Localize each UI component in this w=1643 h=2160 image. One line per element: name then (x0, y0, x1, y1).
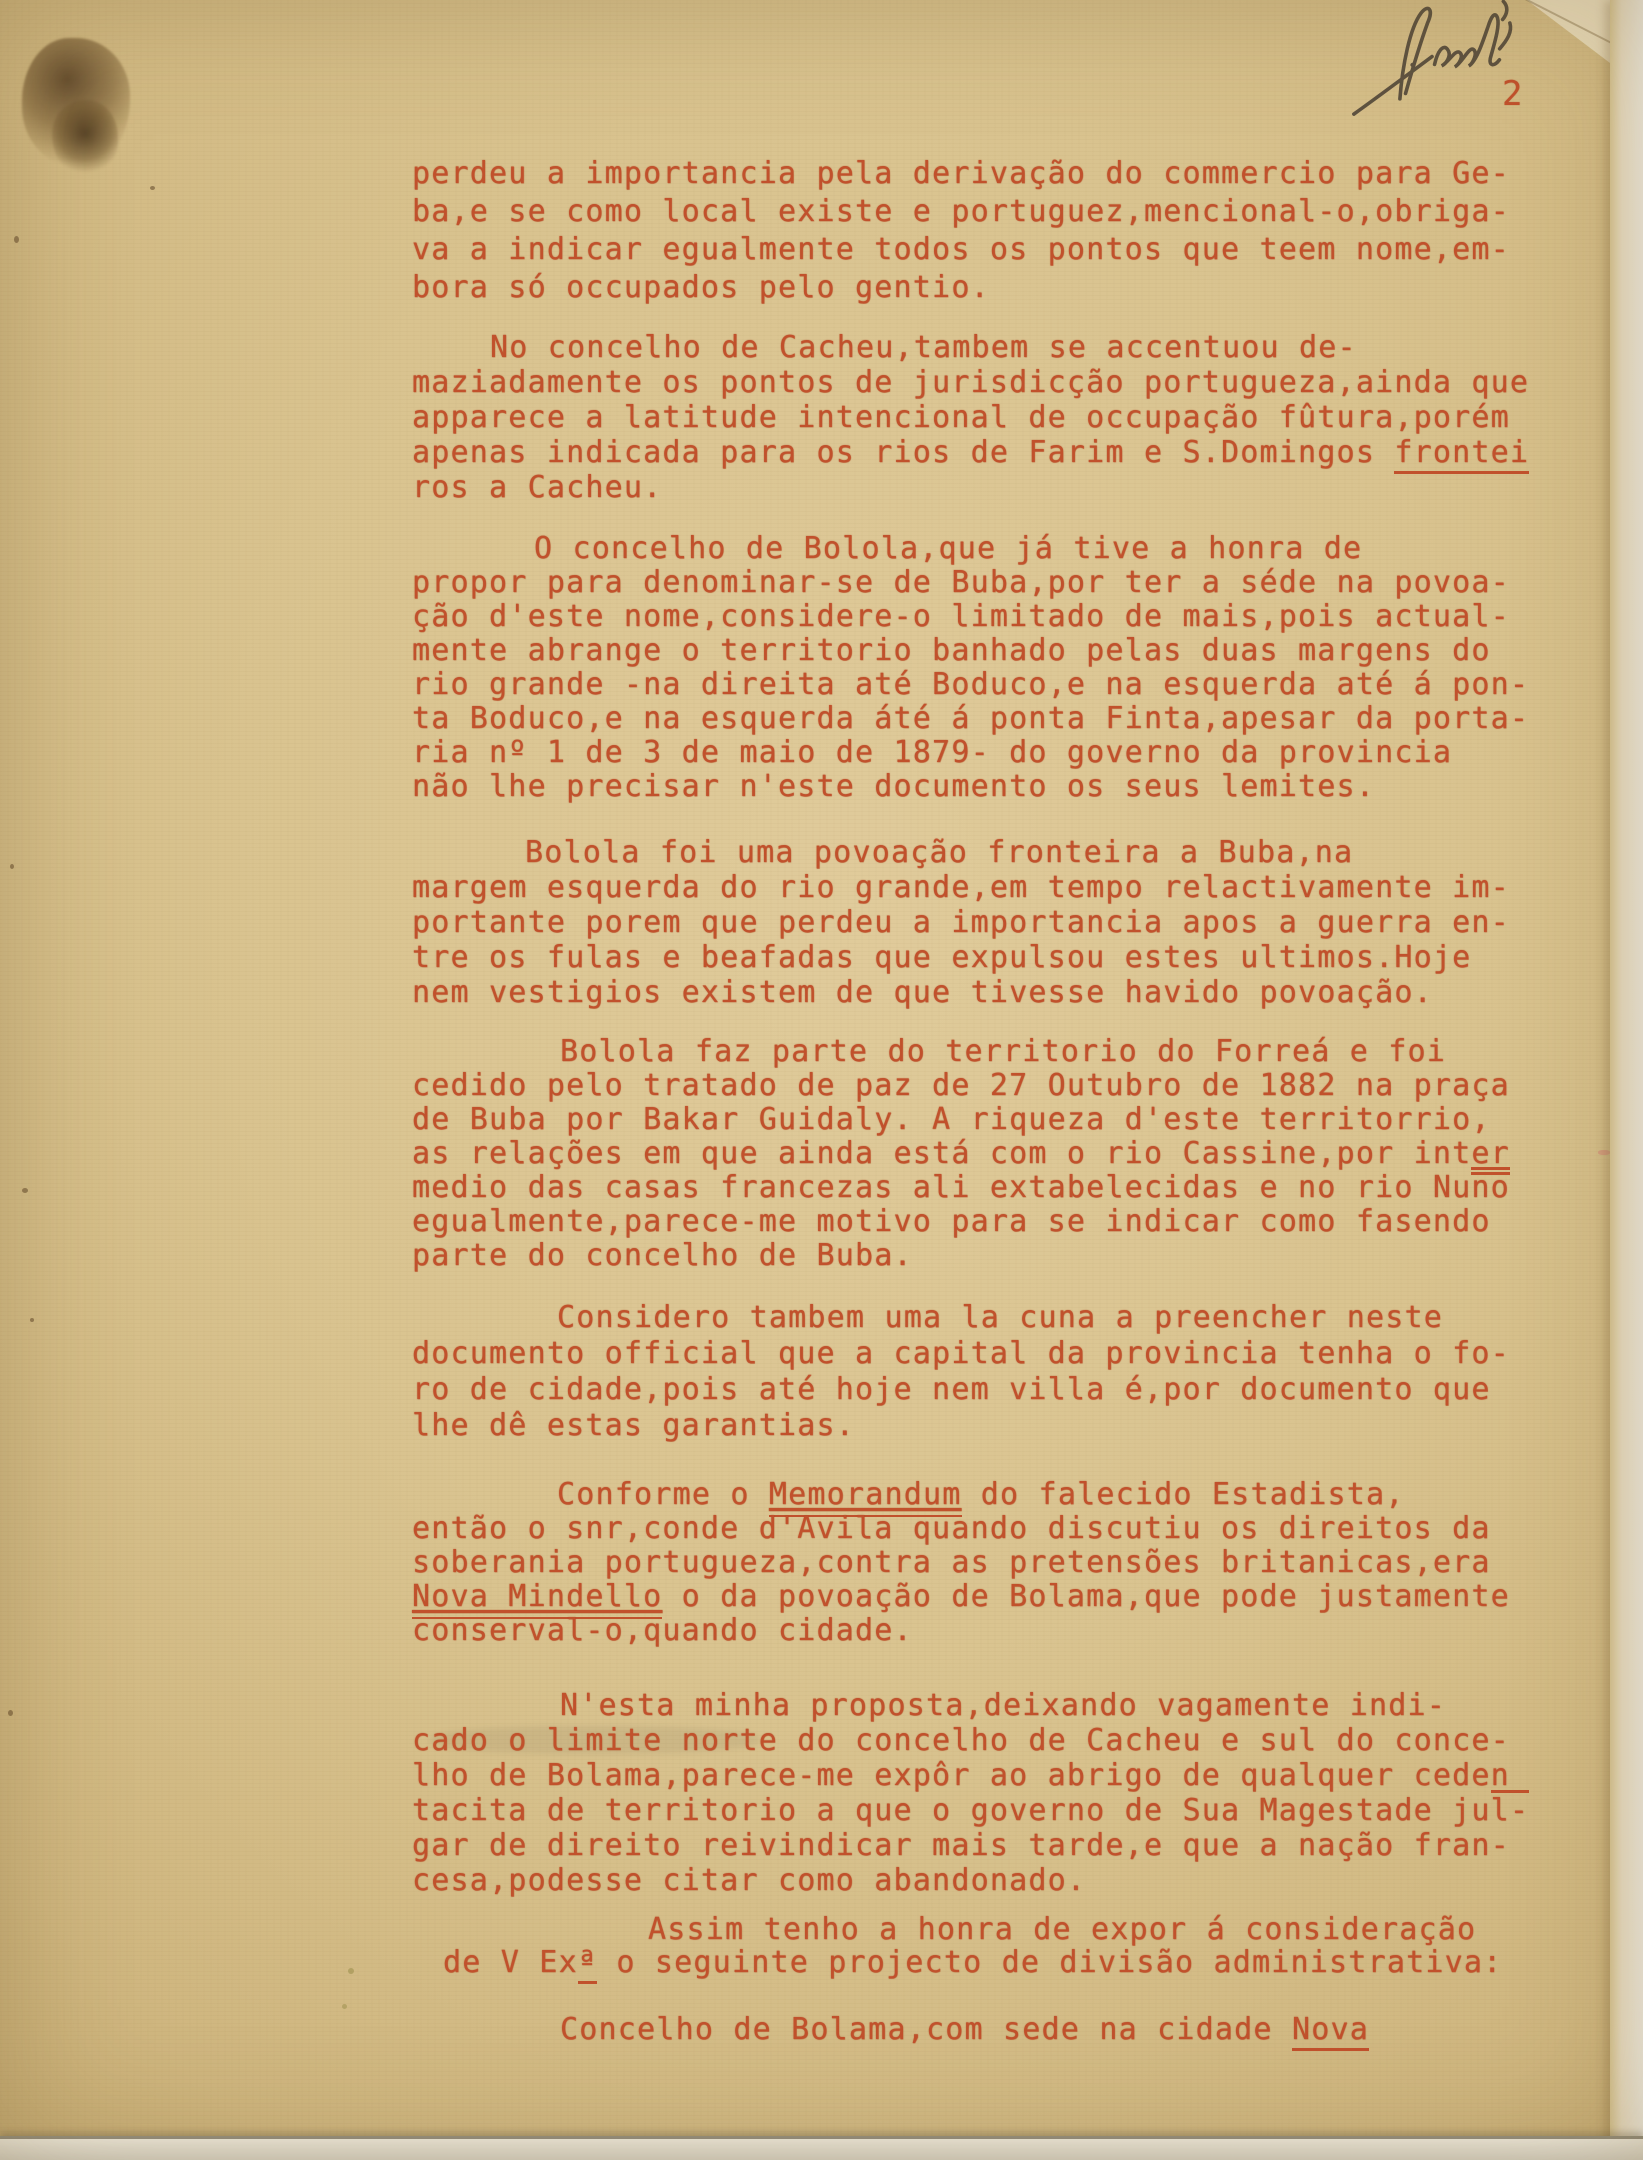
text-line: conserval-o,quando cidade. (412, 1614, 1510, 1648)
text-line: apparece a latitude intencional de occup… (412, 400, 1529, 435)
text-line: gar de direito reivindicar mais tarde,e … (412, 1828, 1529, 1863)
text-line: perdeu a importancia pela derivação do c… (412, 155, 1510, 193)
text-line: ta Boduco,e na esquerda áté á ponta Fint… (412, 702, 1529, 736)
text-line: apenas indicada para os rios de Farim e … (412, 435, 1529, 470)
paper-speck (10, 864, 14, 869)
text-line: maziadamente os pontos de jurisdicção po… (412, 365, 1529, 400)
page-right-edge (1610, 0, 1643, 2160)
text-line: soberania portugueza,contra as pretensõe… (412, 1546, 1510, 1580)
underlined-text: no (1471, 1167, 1510, 1205)
paper-speck (8, 1710, 13, 1716)
text-line: Bolola faz parte do territorio do Forreá… (412, 1035, 1510, 1069)
text-line: propor para denominar-se de Buba,por ter… (412, 566, 1529, 600)
underlined-text: l- (1491, 1790, 1530, 1828)
paragraph: Concelho de Bolama,com sede na cidade No… (412, 2012, 1369, 2048)
text-line: lho de Bolama,parece-me expôr ao abrigo … (412, 1758, 1529, 1793)
text-line: medio das casas francezas ali extabeleci… (412, 1171, 1510, 1205)
paragraph: O concelho de Bolola,que já tive a honra… (412, 532, 1529, 804)
text-line: mente abrange o territorio banhado pelas… (412, 634, 1529, 668)
edge-mark (1598, 1150, 1610, 1155)
page-bottom-edge (0, 2136, 1643, 2160)
text-line: tre os fulas e beafadas que expulsou est… (412, 940, 1510, 975)
underlined-text: frontei (1394, 435, 1529, 474)
paragraph: Assim tenho a honra de expor á considera… (443, 1913, 1502, 1979)
paper-speck (348, 1968, 354, 1974)
text-line: margem esquerda do rio grande,em tempo r… (412, 870, 1510, 905)
text-line: cado o limite norte do concelho de Cache… (412, 1723, 1529, 1758)
text-line: nem vestigios existem de que tivesse hav… (412, 975, 1510, 1010)
text-line: documento official que a capital da prov… (412, 1336, 1510, 1372)
ink-stain-dark-core (52, 100, 118, 174)
text-line: va a indicar egualmente todos os pontos … (412, 231, 1510, 269)
text-line: cedido pelo tratado de paz de 27 Outubro… (412, 1069, 1510, 1103)
text-line: Bolola foi uma povoação fronteira a Buba… (412, 835, 1510, 870)
text-line: ba,e se como local existe e portuguez,me… (412, 193, 1510, 231)
paragraph: Considero tambem uma la cuna a preencher… (412, 1300, 1510, 1444)
text-line: parte do concelho de Buba. (412, 1239, 1510, 1273)
paragraph: N'esta minha proposta,deixando vagamente… (412, 1688, 1529, 1898)
paragraph: Bolola foi uma povoação fronteira a Buba… (412, 835, 1510, 1010)
text-line: Considero tambem uma la cuna a preencher… (412, 1300, 1510, 1336)
underlined-text: Nova (1292, 2012, 1369, 2051)
paragraph: Bolola faz parte do territorio do Forreá… (412, 1035, 1510, 1273)
paper-speck (22, 1188, 28, 1193)
page-number: 2 (1502, 74, 1522, 114)
underlined-text: ª (578, 1945, 597, 1984)
text-line: N'esta minha proposta,deixando vagamente… (412, 1688, 1529, 1723)
paragraph: Conforme o Memorandum do falecido Estadi… (412, 1478, 1510, 1648)
text-line: portante porem que perdeu a importancia … (412, 905, 1510, 940)
text-line: Concelho de Bolama,com sede na cidade No… (412, 2012, 1369, 2048)
text-line: de V Exª o seguinte projecto de divisão … (443, 1946, 1502, 1979)
text-line: ro de cidade,pois até hoje nem villa é,p… (412, 1372, 1510, 1408)
text-line: tacita de territorio a que o governo de … (412, 1793, 1529, 1828)
text-line: Nova Mindello o da povoação de Bolama,qu… (412, 1580, 1510, 1614)
text-line: lhe dê estas garantias. (412, 1408, 1510, 1444)
text-line: rio grande -na direita até Boduco,e na e… (412, 668, 1529, 702)
text-line: cesa,podesse citar como abandonado. (412, 1863, 1529, 1898)
text-line: não lhe precisar n'este documento os seu… (412, 770, 1529, 804)
text-line: então o snr,conde d'Avila quando discuti… (412, 1512, 1510, 1546)
text-line: ção d'este nome,considere-o limitado de … (412, 600, 1529, 634)
paragraph: perdeu a importancia pela derivação do c… (412, 155, 1510, 307)
text-line: egualmente,parece-me motivo para se indi… (412, 1205, 1510, 1239)
document-page: 2 perdeu a importancia pela derivação do… (0, 0, 1643, 2160)
text-line: de Buba por Bakar Guidaly. A riqueza d'e… (412, 1103, 1510, 1137)
paper-speck (30, 1318, 34, 1322)
text-line: Assim tenho a honra de expor á considera… (443, 1913, 1502, 1946)
text-line: Conforme o Memorandum do falecido Estadi… (412, 1478, 1510, 1512)
text-line: bora só occupados pelo gentio. (412, 269, 1510, 307)
paper-speck (342, 2004, 347, 2009)
text-line: O concelho de Bolola,que já tive a honra… (412, 532, 1529, 566)
text-line: No concelho de Cacheu,tambem se accentuo… (412, 330, 1529, 365)
paper-speck (14, 236, 19, 243)
paragraph: No concelho de Cacheu,tambem se accentuo… (412, 330, 1529, 505)
text-line: as relações em que ainda está com o rio … (412, 1137, 1510, 1171)
text-line: ros a Cacheu. (412, 470, 1529, 505)
text-line: ria nº 1 de 3 de maio de 1879- do govern… (412, 736, 1529, 770)
paper-speck (150, 186, 155, 190)
